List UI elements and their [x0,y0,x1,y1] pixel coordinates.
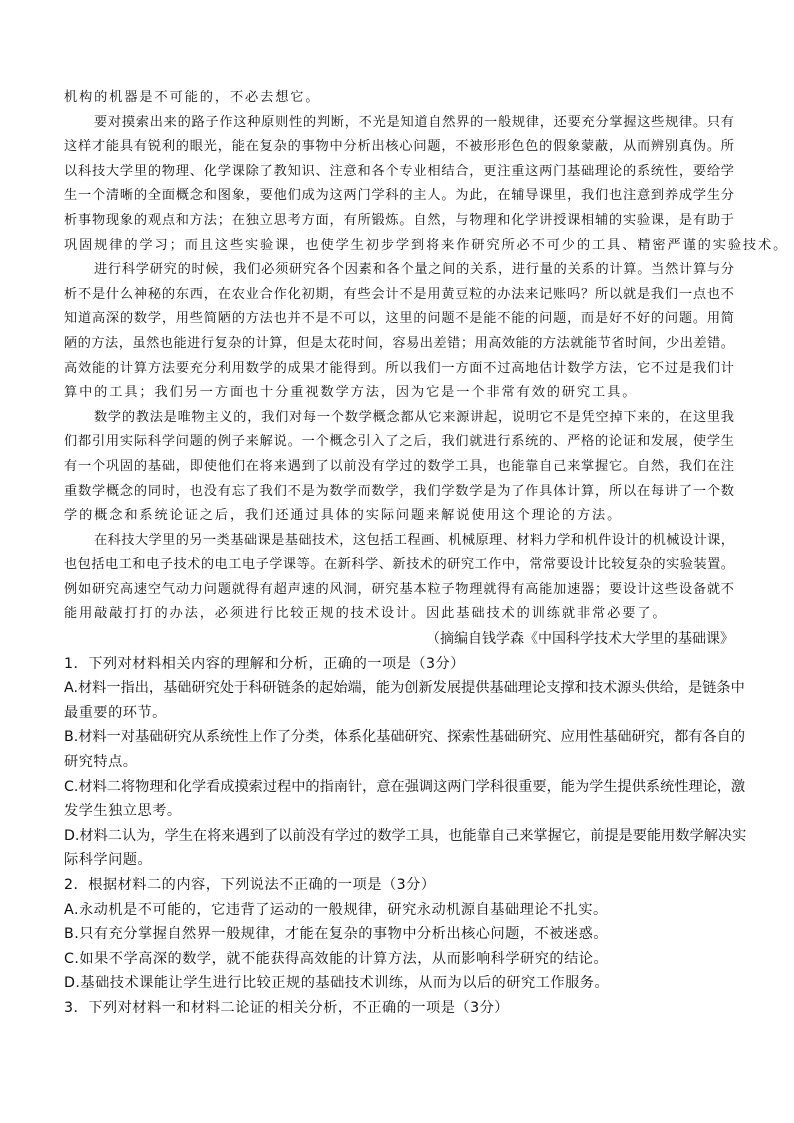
passage-paragraph: 在科技大学里的另一类基础课是基础技术，这包括工程画、机械原理、材料力学和机件设计… [64,529,734,627]
text-line: 例如研究高速空气动力问题就得有超声速的风洞，研究基本粒子物理就得有高能加速器；要… [64,578,734,603]
answer-option[interactable]: C.材料二将物理和化学看成摸索过程中的指南针，意在强调这两门学科很重要，能为学生… [64,775,734,824]
text-line: 生一个清晰的全面概念和图象，要他们成为这两门学科的主人。为此，在辅导课里，我们也… [64,184,734,209]
text-line: 知道高深的数学，用些简陋的方法也并不是不可以，这里的问题不是能不能的问题，而是好… [64,307,734,332]
answer-option[interactable]: D.基础技术课能让学生进行比较正规的基础技术训练，从而为以后的研究工作服务。 [64,971,734,996]
answer-option[interactable]: A.材料一指出，基础研究处于科研链条的起始端，能为创新发展提供基础理论支撑和技术… [64,676,734,725]
answer-option[interactable]: B.只有充分掌握自然界一般规律，才能在复杂的事物中分析出核心问题，不被迷惑。 [64,922,734,947]
text-line: 重数学概念的同时，也没有忘了我们不是为数学而数学，我们学数学是为了作具体计算，所… [64,480,734,505]
question-block: 1．下列对材料相关内容的理解和分析，正确的一项是（3分）A.材料一指出，基础研究… [64,652,734,873]
answer-option[interactable]: B.材料一对基础研究从系统性上作了分类，体系化基础研究、探索性基础研究、应用性基… [64,725,734,774]
document-page: 机构的机器是不可能的，不必去想它。要对摸索出来的路子作这种原则性的判断，不光是知… [64,86,734,1021]
passage-paragraph: 进行科学研究的时候，我们必须研究各个因素和各个量之间的关系，进行量的关系的计算。… [64,258,734,406]
text-line: 算中的工具；我们另一方面也十分重视数学方法，因为它是一个非常有效的研究工具。 [64,381,734,406]
text-line: 巩固规律的学习；而且这些实验课，也使学生初步学到将来作研究所必不可少的工具、精密… [64,234,734,259]
text-line: 析事物现象的观点和方法；在独立思考方面，有所锻炼。自然，与物理和化学讲授课相辅的… [64,209,734,234]
option-line: D.基础技术课能让学生进行比较正规的基础技术训练，从而为以后的研究工作服务。 [64,971,734,996]
text-line: 数学的教法是唯物主义的，我们对每一个数学概念都从它来源讲起，说明它不是凭空掉下来… [64,406,734,431]
question-stem: 1．下列对材料相关内容的理解和分析，正确的一项是（3分） [64,652,734,677]
option-line: C.如果不学高深的数学，就不能获得高效能的计算方法，从而影响科学研究的结论。 [64,947,734,972]
question-block: 2．根据材料二的内容，下列说法不正确的一项是（3分）A.永动机是不可能的，它违背… [64,873,734,996]
source-citation: （摘编自钱学森《中国科学技术大学里的基础课》 [64,627,734,652]
answer-option[interactable]: D.材料二认为，学生在将来遇到了以前没有学过的数学工具，也能靠自己来掌握它，前提… [64,824,734,873]
text-line: 要对摸索出来的路子作这种原则性的判断，不光是知道自然界的一般规律，还要充分掌握这… [64,111,734,136]
option-line: B.材料一对基础研究从系统性上作了分类，体系化基础研究、探索性基础研究、应用性基… [64,725,734,750]
option-line: D.材料二认为，学生在将来遇到了以前没有学过的数学工具，也能靠自己来掌握它，前提… [64,824,734,849]
option-line: 最重要的环节。 [64,701,734,726]
passage: 机构的机器是不可能的，不必去想它。要对摸索出来的路子作这种原则性的判断，不光是知… [64,86,734,627]
text-line: 这样才能具有锐利的眼光，能在复杂的事物中分析出核心问题，不被形形色色的假象蒙蔽，… [64,135,734,160]
text-line: 以科技大学里的物理、化学课除了教知识、注意和各个专业相结合，更注重这两门基础理论… [64,160,734,185]
option-line: 际科学问题。 [64,848,734,873]
answer-option[interactable]: C.如果不学高深的数学，就不能获得高效能的计算方法，从而影响科学研究的结论。 [64,947,734,972]
text-line: 陋的方法，虽然也能进行复杂的计算，但是太花时间，容易出差错；用高效能的方法就能节… [64,332,734,357]
option-line: B.只有充分掌握自然界一般规律，才能在复杂的事物中分析出核心问题，不被迷惑。 [64,922,734,947]
answer-option[interactable]: A.永动机是不可能的，它违背了运动的一般规律，研究永动机源自基础理论不扎实。 [64,898,734,923]
text-line: 析不是什么神秘的东西，在农业合作化初期，有些会计不是用黄豆粒的办法来记账吗？所以… [64,283,734,308]
question-stem: 3．下列对材料一和材料二论证的相关分析，不正确的一项是（3分） [64,996,734,1021]
passage-paragraph: 机构的机器是不可能的，不必去想它。 [64,86,734,111]
question-stem: 2．根据材料二的内容，下列说法不正确的一项是（3分） [64,873,734,898]
passage-paragraph: 要对摸索出来的路子作这种原则性的判断，不光是知道自然界的一般规律，还要充分掌握这… [64,111,734,259]
text-line: 进行科学研究的时候，我们必须研究各个因素和各个量之间的关系，进行量的关系的计算。… [64,258,734,283]
option-line: 研究特点。 [64,750,734,775]
text-line: 们都引用实际科学问题的例子来解说。一个概念引入了之后，我们就进行系统的、严格的论… [64,430,734,455]
option-line: A.永动机是不可能的，它违背了运动的一般规律，研究永动机源自基础理论不扎实。 [64,898,734,923]
option-line: C.材料二将物理和化学看成摸索过程中的指南针，意在强调这两门学科很重要，能为学生… [64,775,734,800]
text-line: 也包括电工和电子技术的电工电子学课等。在新科学、新技术的研究工作中，常常要设计比… [64,553,734,578]
option-line: 发学生独立思考。 [64,799,734,824]
text-line: 有一个巩固的基础，即使他们在将来遇到了以前没有学过的数学工具，也能靠自己来掌握它… [64,455,734,480]
question-block: 3．下列对材料一和材料二论证的相关分析，不正确的一项是（3分） [64,996,734,1021]
text-line: 学的概念和系统论证之后，我们还通过具体的实际问题来解说使用这个理论的方法。 [64,504,734,529]
questions-section: 1．下列对材料相关内容的理解和分析，正确的一项是（3分）A.材料一指出，基础研究… [64,652,734,1021]
text-line: 能用敲敲打打的办法，必须进行比较正规的技术设计。因此基础技术的训练就非常必要了。 [64,602,734,627]
option-line: A.材料一指出，基础研究处于科研链条的起始端，能为创新发展提供基础理论支撑和技术… [64,676,734,701]
text-line: 在科技大学里的另一类基础课是基础技术，这包括工程画、机械原理、材料力学和机件设计… [64,529,734,554]
text-line: 高效能的计算方法要充分利用数学的成果才能得到。所以我们一方面不过高地估计数学方法… [64,357,734,382]
text-line: 机构的机器是不可能的，不必去想它。 [64,86,734,111]
passage-paragraph: 数学的教法是唯物主义的，我们对每一个数学概念都从它来源讲起，说明它不是凭空掉下来… [64,406,734,529]
